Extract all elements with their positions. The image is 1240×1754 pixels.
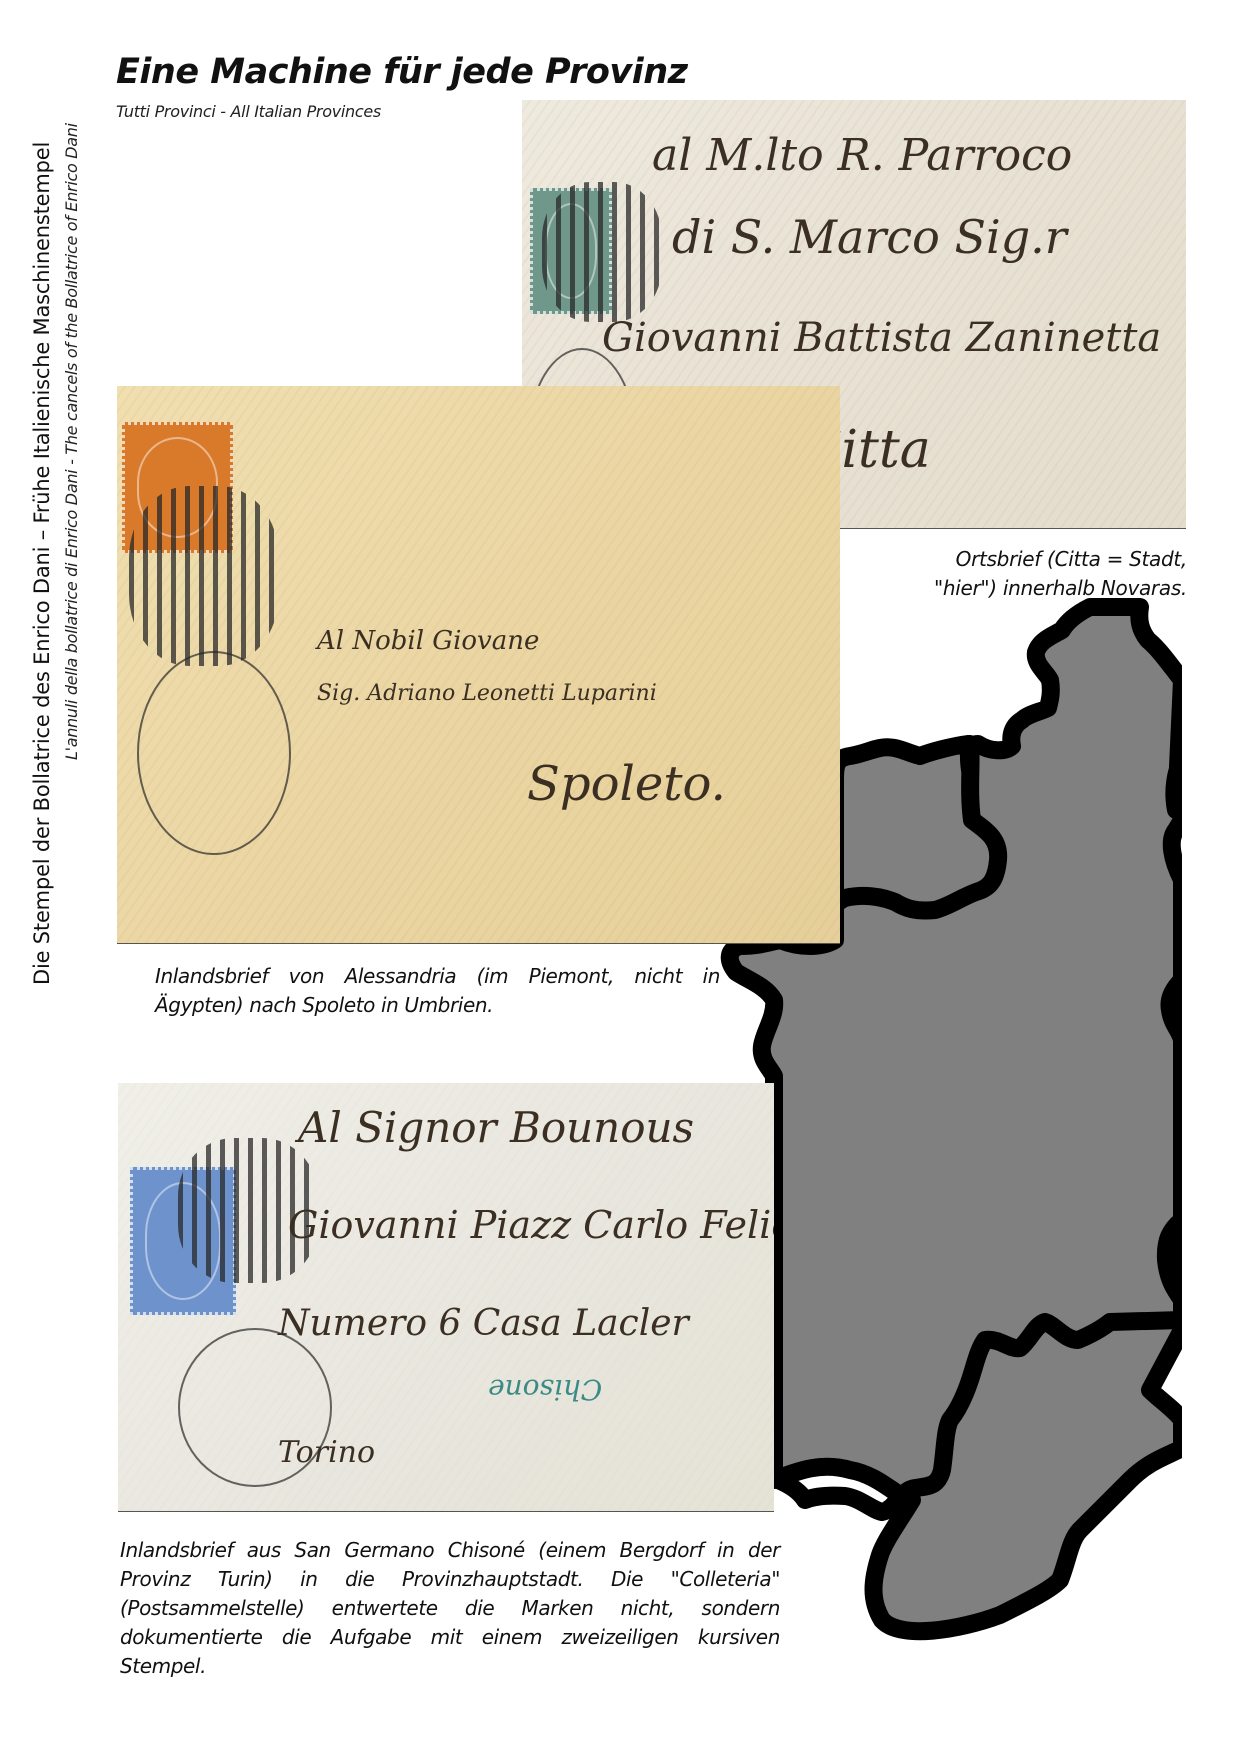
page-subtitle: Tutti Provinci - All Italian Provinces: [116, 102, 381, 121]
envelope-alessandria: Al Nobil Giovane Sig. Adriano Leonetti L…: [117, 386, 840, 943]
caption-turin: Inlandsbrief aus San Germano Chisoné (ei…: [120, 1536, 780, 1681]
side-subtitle: L'annuli della bollatrice di Enrico Dani…: [62, 123, 81, 760]
address-line: Spoleto.: [527, 756, 726, 812]
address-line: Numero 6 Casa Lacler: [278, 1303, 689, 1344]
colletteria-mark: Chisone: [488, 1373, 602, 1406]
postmark-alessandria: [137, 651, 291, 855]
address-line: Torino: [278, 1435, 375, 1470]
address-line: Al Nobil Giovane: [317, 626, 539, 656]
bar-cancel: [542, 182, 662, 322]
address-line: Giovanni Battista Zaninetta: [602, 315, 1161, 361]
envelope-turin: Al Signor Bounous Giovanni Piazz Carlo F…: [118, 1083, 774, 1511]
address-line: Sig. Adriano Leonetti Luparini: [317, 681, 657, 706]
address-line: Al Signor Bounous: [298, 1103, 694, 1152]
caption-alessandria: Inlandsbrief von Alessandria (im Piemont…: [155, 962, 720, 1020]
address-line: di S. Marco Sig.r: [672, 210, 1067, 264]
address-line: Giovanni Piazz Carlo Felice: [288, 1203, 774, 1247]
address-line: al M.lto R. Parroco: [652, 130, 1072, 181]
map-province-border: [828, 744, 998, 922]
map-province-border: [778, 1320, 1182, 1512]
bar-cancel: [129, 486, 279, 666]
map-province-border: [1170, 980, 1183, 1040]
side-title: Die Stempel der Bollatrice des Enrico Da…: [30, 142, 54, 985]
caption-novara: Ortsbrief (Citta = Stadt, "hier") innerh…: [904, 545, 1187, 603]
page-title: Eine Machine für jede Provinz: [116, 52, 687, 92]
